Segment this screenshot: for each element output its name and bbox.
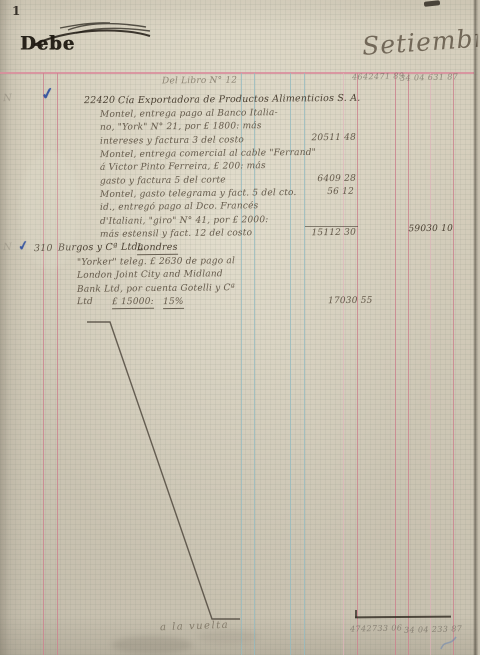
- rule-vertical-money-2: [395, 73, 396, 655]
- total-rule: [355, 616, 451, 619]
- rule-vertical-money-3: [408, 73, 409, 655]
- smudge: [198, 630, 258, 644]
- smudge: [112, 636, 192, 654]
- check-icon: ✓: [17, 238, 30, 255]
- rule-vertical-money-1: [357, 73, 358, 655]
- entry-place-label: Londres: [137, 242, 178, 255]
- entry-amount: 15112 30: [306, 228, 356, 239]
- rule-vertical-teal-4: [304, 73, 305, 655]
- entry-line: Montel, entrega comercial al cable "Ferr…: [100, 148, 316, 160]
- ink-mark-top-corner: [424, 0, 440, 7]
- month-title: Setiembre: [361, 22, 480, 61]
- rule-vertical-margin-1: [43, 73, 44, 655]
- ledger-page: 1 Debe Setiembre 4642471 89 34 04 631 87…: [0, 0, 480, 655]
- pencil-total-top-1: 4642471 89: [352, 71, 405, 81]
- pencil-margin-mark-1: N: [3, 93, 12, 104]
- rule-vertical-money-4: [453, 73, 454, 655]
- entry-amount: 6409 28: [306, 174, 356, 185]
- entry-line: Bank Ltd, por cuenta Gotelli y Cª: [77, 283, 235, 295]
- entry-line: Montel, gasto telegrama y fact. 5 del ct…: [100, 188, 297, 200]
- rule-vertical-pink-1: [343, 73, 344, 655]
- entry-amount: 17030 55: [328, 296, 372, 306]
- pencil-margin-mark-2: N: [3, 242, 12, 253]
- entry-line: no, "York" N° 21, por £ 1800: más: [100, 121, 262, 133]
- entry-line: d'Italiani, "giro" N° 41, por £ 2000:: [100, 215, 269, 227]
- entry-amount: 56 12: [306, 187, 354, 198]
- entry-amount: 20511 48: [306, 133, 356, 144]
- debit-title: Debe: [20, 32, 75, 54]
- entry-line: "Yorker" teleg. £ 2630 de pago al: [77, 256, 235, 268]
- blue-tick-icon: [438, 634, 460, 654]
- entry-line: gasto y factura 5 del corte: [100, 175, 226, 186]
- entry-line: Ltd: [77, 297, 93, 307]
- book-ref: Del Libro N° 12: [162, 76, 237, 87]
- entry-folio: 22420: [84, 95, 115, 106]
- rule-vertical-pink-2: [430, 73, 431, 655]
- rate-text: 15%: [163, 297, 184, 309]
- entry-line: Montel, entrega pago al Banco Italia-: [100, 108, 278, 120]
- pencil-total-top-2: 34 04 631 87: [400, 72, 458, 83]
- entry-line: London Joint City and Midland: [77, 269, 223, 281]
- entry-line: á Victor Pinto Ferreira, £ 200: más: [100, 161, 266, 173]
- page-edge-shadow: [473, 0, 480, 655]
- entry-rate: 15%: [163, 297, 184, 307]
- entry-place: Londres: [137, 242, 178, 253]
- rule-vertical-margin-2: [57, 73, 58, 655]
- rule-vertical-teal-1: [241, 73, 242, 655]
- pencil-total-bottom-2: 34 04 233 87: [404, 624, 462, 635]
- entry-total: 59030 10: [406, 224, 453, 234]
- entry-line: id., entregó pago al Dco. Francés: [100, 201, 259, 213]
- entry-folio: 310: [34, 243, 53, 254]
- pencil-total-bottom-1: 4742733 06: [350, 623, 403, 633]
- amount-label-text: £ 15000:: [112, 297, 154, 309]
- entry-account: Cía Exportadora de Productos Alimenticio…: [118, 93, 361, 107]
- footer-note: a la vuelta: [160, 620, 230, 633]
- check-icon: ✓: [39, 83, 56, 104]
- entry-line: más estensil y fact. 12 del costo: [100, 228, 252, 240]
- entry-line: intereses y factura 3 del costo: [100, 135, 244, 147]
- entry-amount-label: £ 15000:: [112, 297, 154, 307]
- page-number: 1: [12, 4, 20, 18]
- entry-account: Burgos y Cª Ltda: [58, 242, 144, 254]
- rule-vertical-teal-3: [290, 73, 291, 655]
